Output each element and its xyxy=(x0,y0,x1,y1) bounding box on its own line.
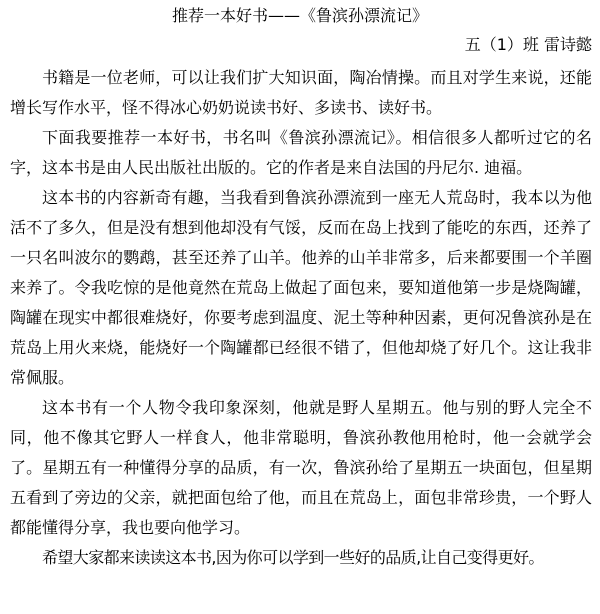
paragraph-character: 这本书有一个人物令我印象深刻，他就是野人星期五。他与别的野人完全不同，他不像其它… xyxy=(10,393,592,543)
paragraph-intro: 书籍是一位老师，可以让我们扩大知识面，陶冶情操。而且对学生来说，还能增长写作水平… xyxy=(10,63,592,123)
paragraph-content: 这本书的内容新奇有趣，当我看到鲁滨孙漂流到一座无人荒岛时，我本以为他活不了多久，… xyxy=(10,183,592,393)
paragraph-conclusion: 希望大家都来读读这本书,因为你可以学到一些好的品质,让自己变得更好。 xyxy=(10,543,592,573)
document-title: 推荐一本好书——《鲁滨孙漂流记》 xyxy=(0,5,600,27)
author-line: 五（1）班 雷诗懿 xyxy=(465,34,592,56)
paragraph-book-info: 下面我要推荐一本好书，书名叫《鲁滨孙漂流记》。相信很多人都听过它的名字，这本书是… xyxy=(10,123,592,183)
document-body: 书籍是一位老师，可以让我们扩大知识面，陶冶情操。而且对学生来说，还能增长写作水平… xyxy=(10,63,592,573)
document-page: 推荐一本好书——《鲁滨孙漂流记》 五（1）班 雷诗懿 书籍是一位老师，可以让我们… xyxy=(0,0,600,614)
